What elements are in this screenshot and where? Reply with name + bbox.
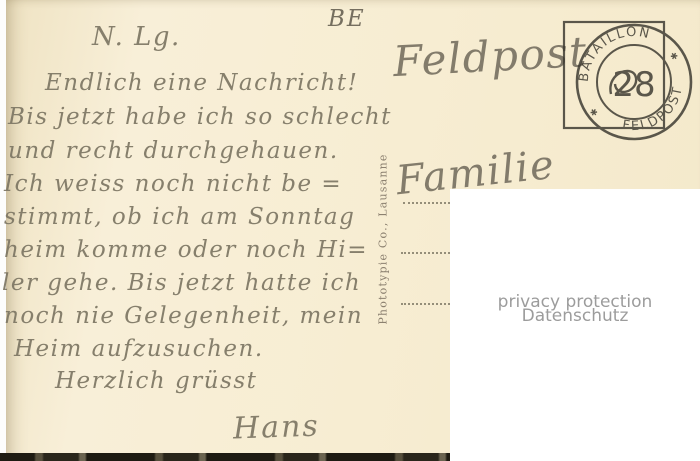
handwriting-line: heim komme oder noch Hi=: [4, 237, 368, 263]
publisher-imprint: Phototypie Co., Lausanne: [377, 152, 391, 327]
handwriting-line: noch nie Gelegenheit, mein: [4, 303, 363, 329]
postmark-number: 28: [612, 65, 655, 105]
privacy-overlay: privacy protection Datenschutz: [450, 189, 700, 461]
address-dotted-line: [403, 202, 450, 204]
handwriting-line: Endlich eine Nachricht!: [45, 70, 358, 96]
postcard-scan: N. Lg. Endlich eine Nachricht! Bis jetzt…: [0, 0, 700, 461]
handwriting-line: ler gehe. Bis jetzt hatte ich: [2, 270, 361, 296]
handwriting-closing: Herzlich grüsst: [55, 368, 257, 394]
address-dotted-line: [401, 252, 450, 254]
handwriting-line: Bis jetzt habe ich so schlecht: [8, 104, 392, 130]
handwriting-line: Heim aufzusuchen.: [14, 336, 264, 362]
handwriting-salutation: N. Lg.: [92, 22, 181, 52]
feldpost-postmark-stamp: BATAILLON FELDPOST ✱ ✱ 28: [556, 14, 700, 144]
postmark-star-right: ✱: [669, 51, 681, 64]
address-dotted-line: [401, 303, 450, 305]
handwriting-line: Ich weiss noch nicht be =: [4, 171, 342, 197]
adjacent-scan-edge: [0, 453, 452, 461]
handwriting-line: und recht durchgehauen.: [8, 138, 339, 164]
privacy-overlay-text-de: Datenschutz: [450, 310, 700, 323]
handwriting-line: stimmt, ob ich am Sonntag: [4, 204, 355, 230]
handwriting-signature: Hans: [232, 408, 320, 446]
scan-left-margin: [0, 0, 6, 461]
handwriting-canton-code: BE: [328, 6, 366, 32]
